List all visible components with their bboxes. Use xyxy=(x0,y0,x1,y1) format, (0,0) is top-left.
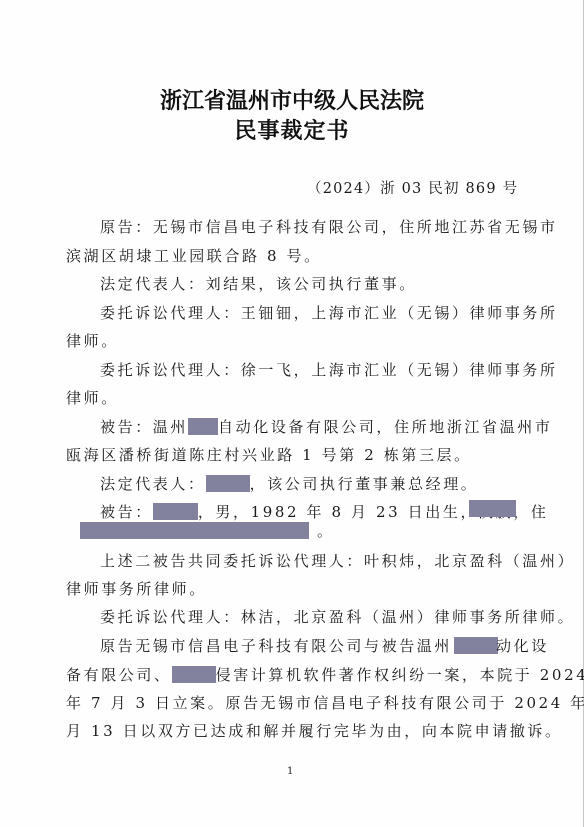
plaintiff-agent-1-line-1: 委托诉讼代理人：王钿钿，上海市汇业（无锡）律师事务所 xyxy=(100,303,558,323)
plaintiff-agent-2-line-2: 律师。 xyxy=(66,388,119,408)
redaction-block xyxy=(469,500,516,517)
case-body-line-1: 原告无锡市信昌电子科技有限公司与被告温州动化设 xyxy=(100,636,549,656)
redaction-block xyxy=(206,475,250,492)
page-number: 1 xyxy=(287,766,293,777)
court-name-heading: 浙江省温州市中级人民法院 xyxy=(0,84,584,115)
plaintiff-line-1: 原告：无锡市信昌电子科技有限公司，住所地江苏省无锡市 xyxy=(100,217,558,237)
case-body-text: 原告无锡市信昌电子科技有限公司与被告温州 xyxy=(100,637,452,655)
case-body-text: 动化设 xyxy=(496,637,549,655)
redaction-block xyxy=(172,666,216,683)
document-type-heading: 民事裁定书 xyxy=(0,114,584,145)
legal-rep-suffix: ，该公司执行董事兼总经理。 xyxy=(250,475,479,493)
defendant-1-suffix: 自动化设备有限公司，住所地浙江省温州市 xyxy=(218,418,552,436)
plaintiff-agent-2-line-1: 委托诉讼代理人：徐一飞，上海市汇业（无锡）律师事务所 xyxy=(100,360,558,380)
defendant-1-prefix: 被告：温州 xyxy=(100,418,188,436)
redaction-block xyxy=(454,637,498,654)
redaction-block xyxy=(153,503,198,520)
defendant-1-legal-rep: 法定代表人：，该公司执行董事兼总经理。 xyxy=(100,474,478,494)
case-body-text: 侵害计算机软件著作权纠纷一案，本院于 2024 xyxy=(216,666,584,684)
defendant-2-line-2: 。 xyxy=(80,521,335,541)
legal-rep-label: 法定代表人： xyxy=(100,475,206,493)
case-body-text: 备有限公司、 xyxy=(66,666,172,684)
plaintiff-agent-1-line-2: 律师。 xyxy=(66,331,119,351)
case-body-line-4: 月 13 日以双方已达成和解并履行完毕为由，向本院申请撤诉。 xyxy=(66,721,563,741)
joint-agent-line-1: 上述二被告共同委托诉讼代理人：叶积炜，北京盈科（温州） xyxy=(100,551,575,571)
case-body-line-3: 年 7 月 3 日立案。原告无锡市信昌电子科技有限公司于 2024 年 9 xyxy=(66,693,584,713)
redaction-block xyxy=(188,418,218,435)
joint-agent-line-2: 律师事务所律师。 xyxy=(66,579,207,599)
plaintiff-legal-rep: 法定代表人：刘结果，该公司执行董事。 xyxy=(100,274,417,294)
redaction-block xyxy=(80,522,309,539)
defendant-1-line-2: 瓯海区潘桥街道陈庄村兴业路 1 号第 2 栋第三层。 xyxy=(66,445,472,465)
defendant-agent: 委托诉讼代理人：林洁，北京盈科（温州）律师事务所律师。 xyxy=(100,607,575,627)
plaintiff-line-2: 滨湖区胡埭工业园联合路 8 号。 xyxy=(66,246,322,266)
defendant-1-line-1: 被告：温州自动化设备有限公司，住所地浙江省温州市 xyxy=(100,417,552,437)
line-end-period: 。 xyxy=(317,522,335,540)
defendant-2-label: 被告： xyxy=(100,503,153,521)
case-number: （2024）浙 03 民初 869 号 xyxy=(307,177,518,198)
case-body-line-2: 备有限公司、侵害计算机软件著作权纠纷一案，本院于 2024 xyxy=(66,665,584,685)
